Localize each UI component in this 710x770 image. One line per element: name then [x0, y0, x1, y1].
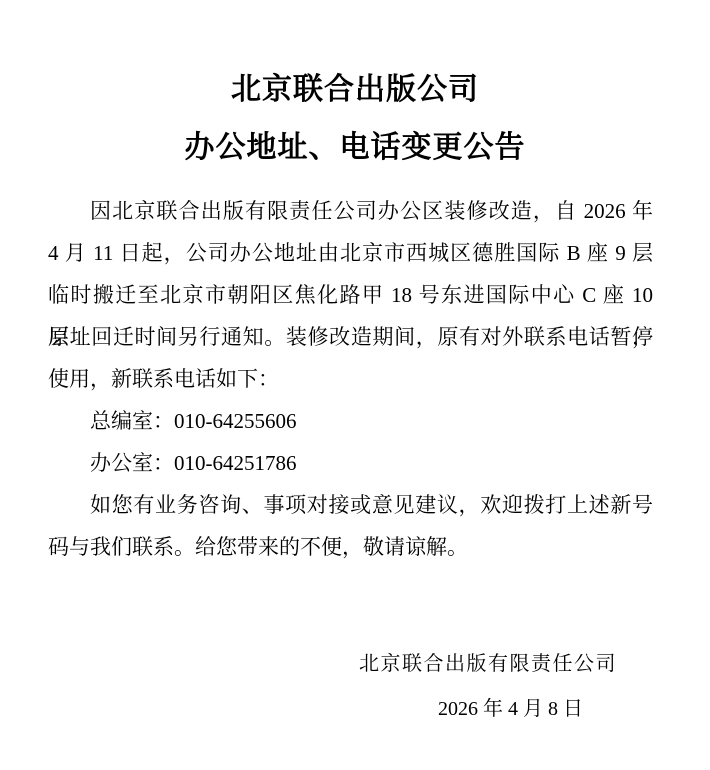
phone-line-chief-editor-office: 总编室：010-64255606: [48, 400, 653, 442]
phone-number-general-office: 010-64251786: [174, 451, 297, 475]
paragraph1-line-3: 临时搬迁至北京市朝阳区焦化路甲 18 号东进国际中心 C 座 10 层，: [48, 274, 653, 316]
phone-label-general-office: 办公室: [90, 451, 153, 475]
phone-separator: ：: [153, 409, 174, 433]
phone-label-chief-editor-office: 总编室: [90, 409, 153, 433]
phone-line-general-office: 办公室：010-64251786: [48, 442, 653, 484]
paragraph1-line-1: 因北京联合出版有限责任公司办公区装修改造，自 2026 年: [48, 190, 653, 232]
paragraph2-line-1: 如您有业务咨询、事项对接或意见建议，欢迎拨打上述新号: [48, 484, 653, 526]
paragraph1-line-2: 4 月 11 日起，公司办公地址由北京市西城区德胜国际 B 座 9 层: [48, 232, 653, 274]
signature-date: 2026 年 4 月 8 日: [438, 695, 583, 723]
phone-separator: ：: [153, 451, 174, 475]
phone-number-chief-editor-office: 010-64255606: [174, 409, 297, 433]
paragraph2-line-2: 码与我们联系。给您带来的不便，敬请谅解。: [48, 526, 653, 568]
signature-company: 北京联合出版有限责任公司: [359, 650, 617, 678]
doc-title: 北京联合出版公司: [0, 72, 710, 108]
announcement-document: 北京联合出版公司 办公地址、电话变更公告 因北京联合出版有限责任公司办公区装修改…: [0, 0, 710, 770]
paragraph1-line-5: 使用，新联系电话如下：: [48, 358, 653, 400]
paragraph1-line-4: 原址回迁时间另行通知。装修改造期间，原有对外联系电话暂停: [48, 316, 653, 358]
doc-subtitle: 办公地址、电话变更公告: [0, 130, 710, 166]
doc-body: 因北京联合出版有限责任公司办公区装修改造，自 2026 年 4 月 11 日起，…: [48, 190, 653, 568]
